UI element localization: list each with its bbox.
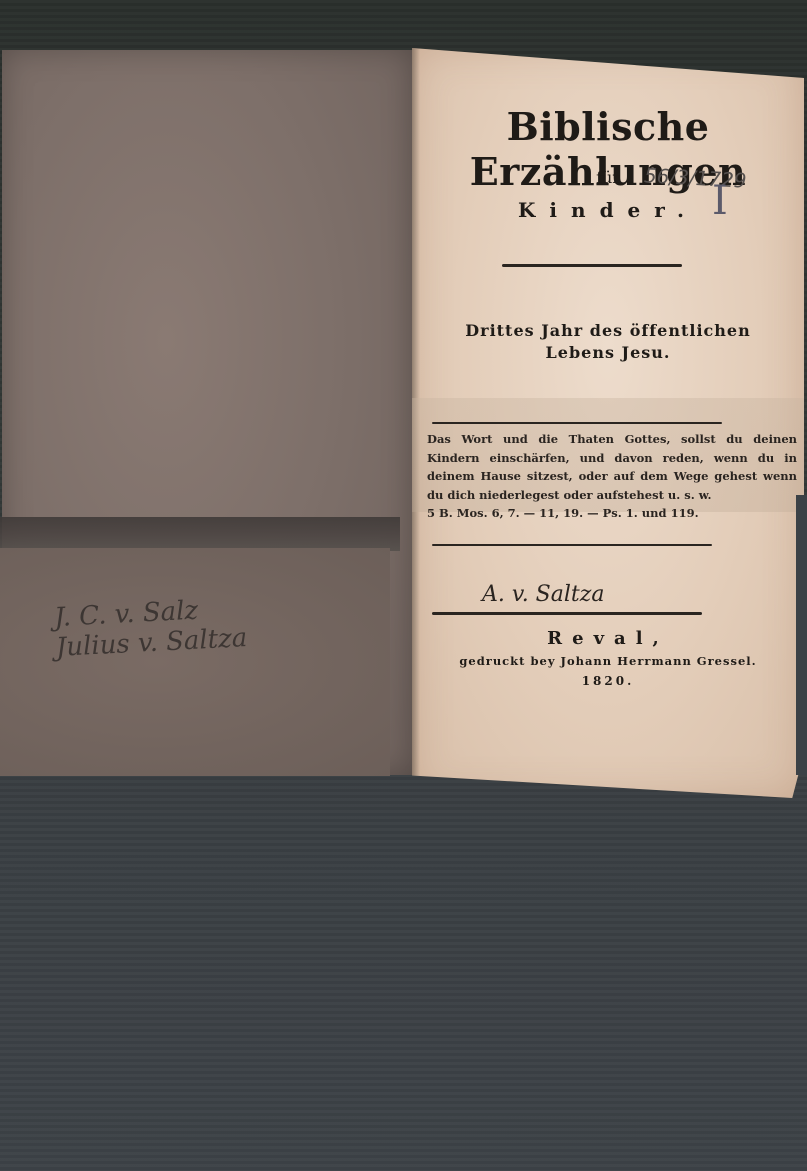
subtitle-line-2: Lebens Jesu. <box>412 342 804 364</box>
background-edge <box>796 495 807 775</box>
title-page: Biblische Erzählungen für Kinder. 56/3/1… <box>412 48 804 798</box>
subtitle: Drittes Jahr des öffentlichen Lebens Jes… <box>412 320 804 364</box>
divider-rule-1 <box>502 264 682 267</box>
epigraph-reference: 5 B. Mos. 6, 7. — 11, 19. — Ps. 1. und 1… <box>427 506 699 520</box>
divider-rule-2 <box>432 422 722 424</box>
shelfmark-suffix: I <box>712 178 728 224</box>
subtitle-line-1: Drittes Jahr des öffentlichen <box>412 320 804 342</box>
cover-inscription: J. C. v. Salz Julius v. Saltza <box>54 593 248 663</box>
handwritten-signature: A. v. Saltza <box>482 582 604 607</box>
imprint-printer: gedruckt bey Johann Herrmann Gressel. <box>412 654 804 668</box>
imprint-year: 1820. <box>412 674 804 688</box>
divider-rule-4 <box>432 612 702 615</box>
imprint-place: Reval, <box>412 628 804 649</box>
epigraph-text: Das Wort und die Thaten Gottes, sollst d… <box>427 432 797 502</box>
title-audience: Kinder. <box>412 198 804 222</box>
divider-rule-3 <box>432 544 712 546</box>
cover-fold-shadow <box>0 517 400 551</box>
epigraph: Das Wort und die Thaten Gottes, sollst d… <box>427 430 797 523</box>
